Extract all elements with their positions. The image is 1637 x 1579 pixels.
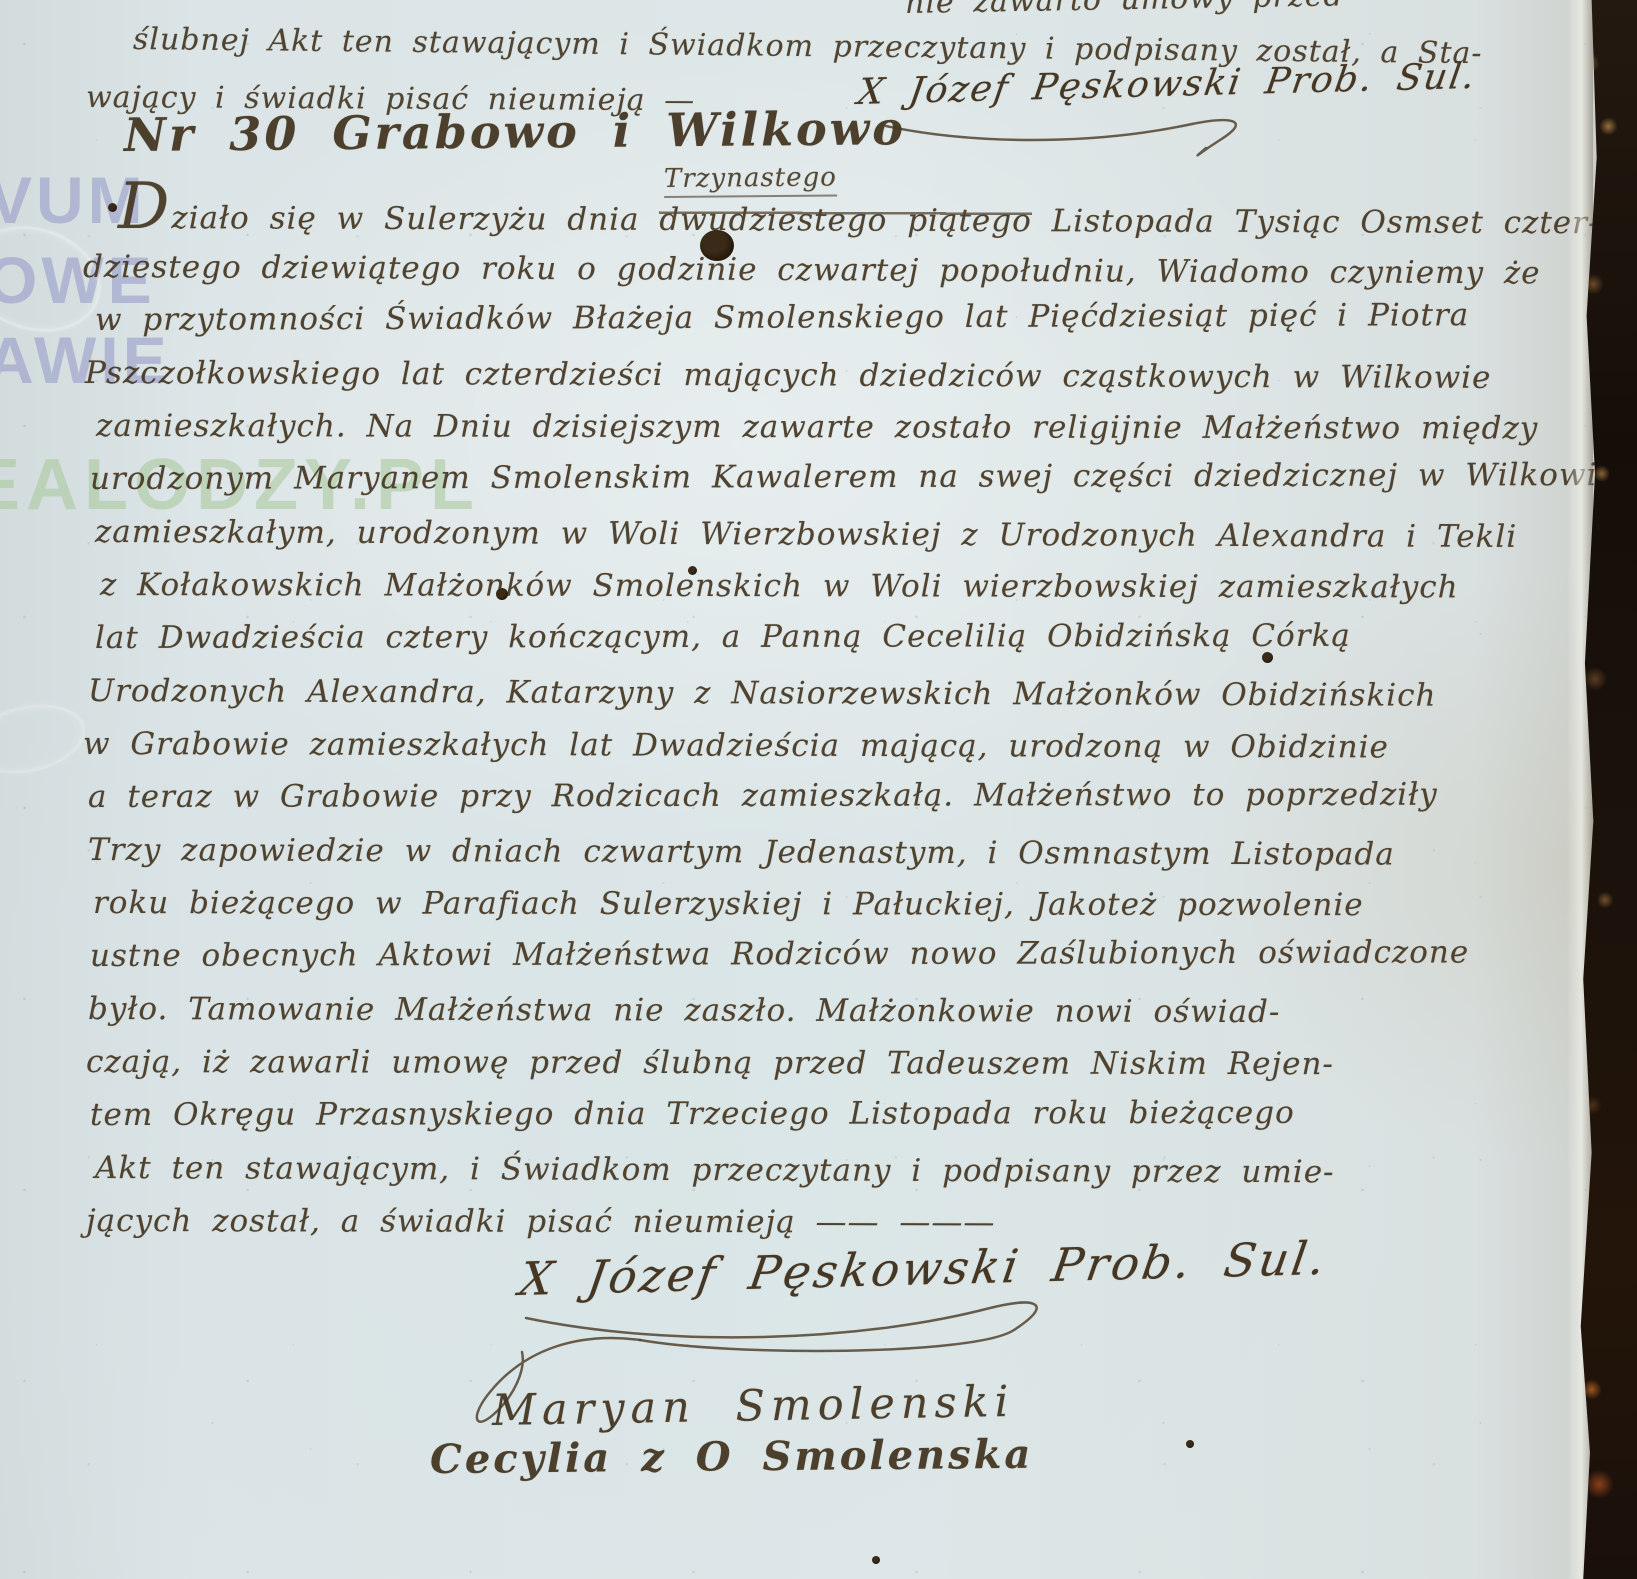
- document-scan-page: VUM OWE AWIE EALODZY.PL nie zawarto umow…: [0, 0, 1637, 1579]
- drop-cap: D: [118, 170, 172, 244]
- handwritten-line: urodzonym Maryanem Smolenskim Kawalerem …: [90, 457, 1617, 497]
- handwritten-line: Działo się w Sulerzyżu dnia dwudziestego…: [118, 200, 1600, 241]
- ink-speck: [1186, 1440, 1194, 1448]
- handwritten-line: Pszczołkowskiego lat czterdzieści mający…: [85, 355, 1492, 396]
- handwritten-line: w przytomności Świadków Błażeja Smolensk…: [95, 297, 1469, 338]
- handwritten-line: z Kołakowskich Małżonków Smolenskich w W…: [100, 567, 1459, 605]
- handwritten-line: było. Tamowanie Małżeństwa nie zaszło. M…: [88, 991, 1280, 1030]
- handwritten-line: Akt ten stawającym, i Świadkom przeczyta…: [95, 1150, 1335, 1190]
- ink-speck: [1262, 652, 1273, 663]
- ink-speck: [872, 1556, 880, 1564]
- handwritten-line: Trzy zapowiedzie w dniach czwartym Jeden…: [88, 832, 1395, 873]
- handwritten-line: ustne obecnych Aktowi Małżeństwa Rodzicó…: [90, 934, 1469, 974]
- interlinear-insertion: Trzynastego: [664, 162, 837, 198]
- handwritten-line: czają, iż zawarli umowę przed ślubną prz…: [86, 1044, 1334, 1082]
- handwritten-line: w Grabowie zamieszkałych lat Dwadzieścia…: [83, 726, 1389, 765]
- handwritten-line: tem Okręgu Przasnyskiego dnia Trzeciego …: [90, 1095, 1295, 1133]
- handwritten-line: zamieszkałym, urodzonym w Woli Wierzbows…: [95, 514, 1517, 555]
- ink-speck: [688, 566, 697, 575]
- bride-signature: Cecylia z O Smolenska: [430, 1431, 1034, 1483]
- groom-signature: Maryan Smolenski: [492, 1377, 1015, 1436]
- handwritten-line: zamieszkałych. Na Dniu dzisiejszym zawar…: [96, 408, 1538, 447]
- handwritten-line: jących został, a świadki pisać nieumieją…: [86, 1203, 995, 1241]
- handwritten-line: roku bieżącego w Parafiach Sulerzyskiej …: [93, 885, 1364, 923]
- line1-pre: ziało się w Sulerzyżu dnia: [171, 200, 659, 238]
- priest-signature-closing: X Józef Pęskowski Prob. Sul.: [516, 1231, 1331, 1306]
- handwritten-line-fragment: nie zawarto umowy przed: [905, 0, 1344, 21]
- line1-post: Listopada Tysiąc Osmset czter-: [1032, 203, 1600, 241]
- handwritten-line: lat Dwadzieścia cztery kończącym, a Pann…: [95, 618, 1351, 656]
- embossed-seal: [0, 695, 92, 784]
- handwritten-line: Urodzonych Alexandra, Katarzyny z Nasior…: [88, 673, 1437, 714]
- act-number-header: Nr 30 Grabowo i Wilkowo: [124, 101, 906, 162]
- signature-flourish: [880, 112, 1310, 172]
- ink-speck: [496, 588, 508, 600]
- ink-blot: [700, 230, 734, 261]
- handwritten-line: dziestego dziewiątego roku o godzinie cz…: [83, 249, 1541, 291]
- ink-speck: [108, 203, 117, 212]
- handwritten-line: a teraz w Grabowie przy Rodzicach zamies…: [88, 777, 1438, 815]
